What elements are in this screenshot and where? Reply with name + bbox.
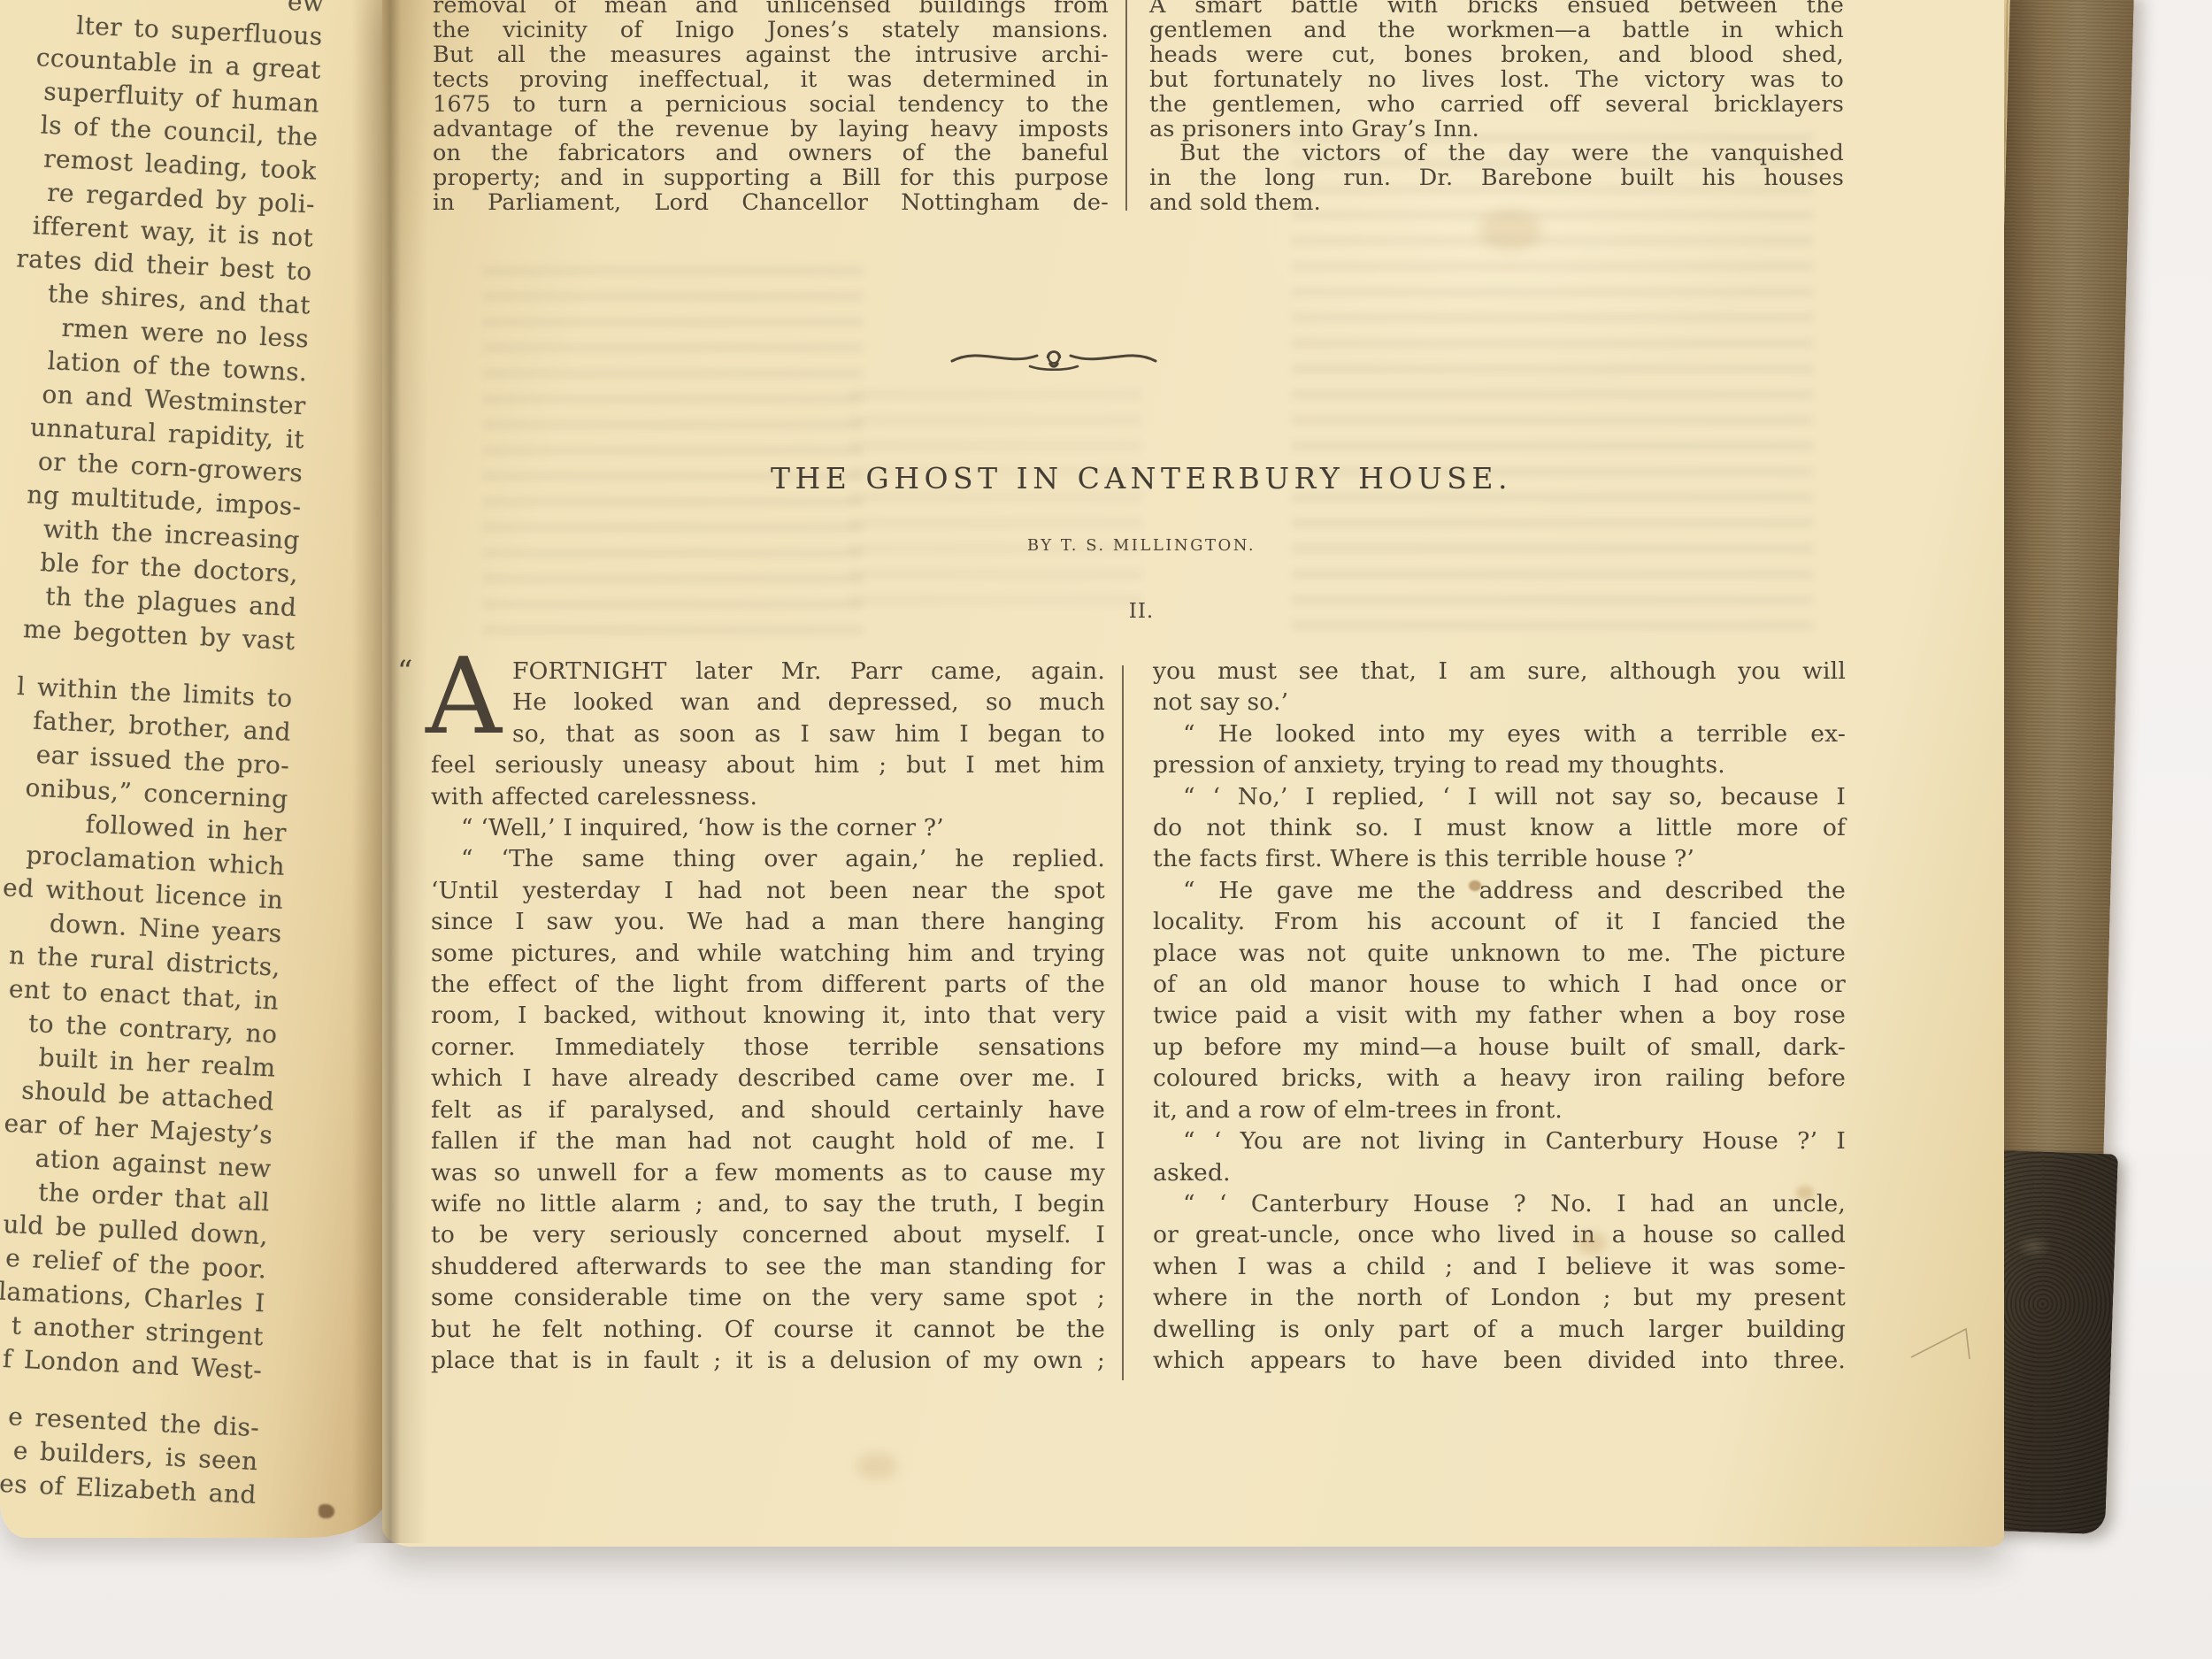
text-line: which I have already described came over… (431, 1063, 1105, 1094)
text-line: the gentlemen, who carried off several b… (1149, 93, 1844, 118)
text-line: A smart battle with bricks ensued betwee… (1149, 0, 1844, 19)
text-line: place that is in fault ; it is a delusio… (431, 1345, 1105, 1376)
text-line: some pictures, and while watching him an… (431, 938, 1105, 969)
section-divider-ornament-icon (949, 340, 1159, 380)
text-line: or great-uncle, once who lived in a hous… (1153, 1219, 1846, 1250)
gutter-shadow (352, 0, 428, 1543)
text-line: to be very seriously concerned about mys… (431, 1219, 1105, 1250)
text-line: when I was a child ; and I believe it wa… (1153, 1251, 1846, 1282)
text-line: was so unwell for a few moments as to ca… (431, 1157, 1105, 1188)
text-line: in the long run. Dr. Barebone built his … (1149, 166, 1844, 191)
text-line: He looked wan and depressed, so much (512, 687, 1105, 718)
text-line: removal of mean and unlicensed buildings… (433, 0, 1109, 19)
column-divider-story (1122, 665, 1124, 1380)
text-line: but he felt nothing. Of course it cannot… (431, 1314, 1105, 1345)
cover-leather-corner (1988, 1150, 2118, 1534)
text-line: tects proving ineffectual, it was determ… (433, 68, 1109, 93)
top-left-column: removal of mean and unlicensed buildings… (433, 0, 1109, 216)
text-line: “ He gave me the address and described t… (1153, 875, 1846, 906)
text-line: the vicinity of Inigo Jones’s stately ma… (433, 19, 1109, 43)
text-line: felt as if paralysed, and should certain… (431, 1094, 1105, 1125)
text-line: the effect of the light from different p… (431, 969, 1105, 1000)
story-left-column: FORTNIGHT later Mr. Parr came, again.He … (431, 656, 1105, 1376)
text-line: But all the measures against the intrusi… (433, 43, 1109, 68)
text-line: gentlemen and the workmen—a battle in wh… (1149, 19, 1844, 43)
text-line: in Parliament, Lord Chancellor Nottingha… (433, 191, 1109, 216)
text-line: FORTNIGHT later Mr. Parr came, again. (512, 656, 1105, 687)
text-line: advantage of the revenue by laying heavy… (433, 118, 1109, 142)
text-line: not say so.’ (1153, 687, 1846, 718)
text-line: ‘Until yesterday I had not been near the… (431, 875, 1105, 906)
text-line: wife no little alarm ; and, to say the t… (431, 1188, 1105, 1219)
text-line: with affected carelessness. (431, 781, 1105, 812)
text-line: “ ‘ No,’ I replied, ‘ I will not say so,… (1153, 781, 1846, 812)
text-line: and sold them. (1149, 191, 1844, 216)
text-line: on the fabricators and owners of the ban… (433, 142, 1109, 166)
text-line: corner. Immediately those terrible sensa… (431, 1032, 1105, 1063)
text-line: it, and a row of elm-trees in front. (1153, 1094, 1846, 1125)
text-line: up before my mind—a house built of small… (1153, 1032, 1846, 1063)
text-line: as prisoners into Gray’s Inn. (1149, 118, 1844, 142)
text-line: since I saw you. We had a man there hang… (431, 906, 1105, 937)
text-line: so, that as soon as I saw him I began to (512, 718, 1105, 749)
text-line: but fortunately no lives lost. The victo… (1149, 68, 1844, 93)
left-page-text-column: ewlter to superfluousccountable in a gre… (0, 0, 325, 1512)
text-line: twice paid a visit with my father when a… (1153, 1000, 1846, 1031)
text-line: the facts first. Where is this terrible … (1153, 843, 1846, 874)
text-line: asked. (1153, 1157, 1846, 1188)
text-line: But the victors of the day were the vanq… (1149, 142, 1844, 166)
dog-ear-fold (1908, 1322, 1982, 1366)
text-line: property; and in supporting a Bill for t… (433, 166, 1109, 191)
story-byline: BY T. S. MILLINGTON. (442, 536, 1840, 555)
text-line: “ ‘The same thing over again,’ he replie… (431, 843, 1105, 874)
chapter-numeral: II. (442, 600, 1840, 623)
text-line: fallen if the man had not caught hold of… (431, 1125, 1105, 1156)
drop-cap-quote: “ (397, 654, 412, 689)
text-line: which appears to have been divided into … (1153, 1345, 1846, 1376)
text-line: shuddered afterwards to see the man stan… (431, 1251, 1105, 1282)
text-line: where in the north of London ; but my pr… (1153, 1282, 1846, 1313)
text-line: do not think so. I must know a little mo… (1153, 812, 1846, 843)
story-right-column: you must see that, I am sure, although y… (1153, 656, 1846, 1376)
text-line: 1675 to turn a pernicious social tendenc… (433, 93, 1109, 118)
text-line: “ ‘ You are not living in Canterbury Hou… (1153, 1125, 1846, 1156)
text-line: heads were cut, bones broken, and blood … (1149, 43, 1844, 68)
column-divider-top (1125, 0, 1127, 211)
text-line: pression of anxiety, trying to read my t… (1153, 749, 1846, 780)
text-line: “ ‘Well,’ I inquired, ‘how is the corner… (431, 812, 1105, 843)
text-line: room, I backed, without knowing it, into… (431, 1000, 1105, 1031)
text-line: coloured bricks, with a heavy iron raili… (1153, 1063, 1846, 1094)
text-line: place was not quite unknown to me. The p… (1153, 938, 1846, 969)
text-line: “ ‘ Canterbury House ? No. I had an uncl… (1153, 1188, 1846, 1219)
text-line: some considerable time on the very same … (431, 1282, 1105, 1313)
text-line: you must see that, I am sure, although y… (1153, 656, 1846, 687)
text-line: of an old manor house to which I had onc… (1153, 969, 1846, 1000)
text-line: feel seriously uneasy about him ; but I … (431, 749, 1105, 780)
top-right-column: A smart battle with bricks ensued betwee… (1149, 0, 1844, 216)
text-line: dwelling is only part of a much larger b… (1153, 1314, 1846, 1345)
story-title: THE GHOST IN CANTERBURY HOUSE. (442, 461, 1840, 495)
left-page: ewlter to superfluousccountable in a gre… (0, 0, 389, 1538)
text-line: locality. From his account of it I fanci… (1153, 906, 1846, 937)
text-line: “ He looked into my eyes with a terrible… (1153, 718, 1846, 749)
